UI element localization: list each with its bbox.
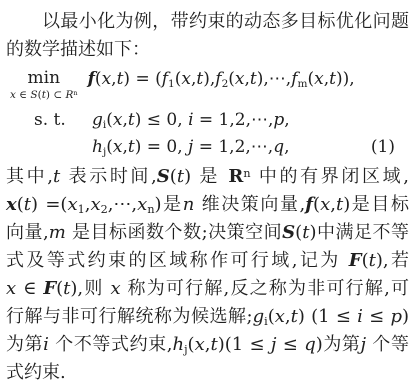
document-page: 以最小化为例，带约束的动态多目标优化问题 的数学描述如下： min x ∈ S(…: [0, 0, 415, 385]
intro-line: 的数学描述如下：: [6, 36, 409, 64]
body-line: x(t) =(x1,x2,⋯,xn)是n 维决策向量,f(x,t)是目标: [6, 191, 409, 219]
body-line: 其中,t 表示时间,S(t) 是 Rn 中的有界闭区域,: [6, 163, 409, 191]
objective-function: f(x,t) = (f1(x,t),f2(x,t),⋯,fm(x,t)),: [88, 67, 355, 91]
equality-constraint: hj(x,t) = 0, j = 1,2,⋯,q,: [92, 134, 290, 161]
subject-to-label: s. t.: [34, 107, 92, 134]
equation-block: min x ∈ S(t) ⊂ Rn f(x,t) = (f1(x,t),f2(x…: [6, 67, 409, 161]
intro-paragraph: 以最小化为例，带约束的动态多目标优化问题 的数学描述如下：: [6, 8, 409, 64]
inequality-constraint-row: s. t. gi(x,t) ≤ 0, i = 1,2,⋯,p,: [34, 107, 409, 134]
body-line: 式及等式约束的区域称作可行域,记为 F(t),若: [6, 247, 409, 275]
objective-row: min x ∈ S(t) ⊂ Rn f(x,t) = (f1(x,t),f2(x…: [10, 67, 409, 107]
inequality-constraint: gi(x,t) ≤ 0, i = 1,2,⋯,p,: [92, 107, 290, 134]
body-line: 向量,m 是目标函数个数;决策空间S(t)中满足不等: [6, 219, 409, 247]
min-operator-subscript: x ∈ S(t) ⊂ Rn: [10, 89, 78, 101]
intro-line: 以最小化为例，带约束的动态多目标优化问题: [6, 8, 409, 36]
body-line: 行解与非可行解统称为候选解;gi(x,t) (1 ≤ i ≤ p): [6, 303, 409, 331]
body-line: x ∈ F(t),则 x 称为可行解,反之称为非可行解,可: [6, 275, 409, 303]
explanation-paragraph: 其中,t 表示时间,S(t) 是 Rn 中的有界闭区域,x(t) =(x1,x2…: [6, 163, 409, 385]
equation-number: (1): [371, 134, 395, 161]
min-operator-block: min x ∈ S(t) ⊂ Rn: [10, 67, 78, 101]
body-line: 为第i 个不等式约束,hj(x,t)(1 ≤ j ≤ q)为第j 个等: [6, 331, 409, 359]
min-operator: min: [28, 67, 61, 89]
equality-constraint-row: hj(x,t) = 0, j = 1,2,⋯,q, (1): [92, 134, 409, 161]
body-line: 式约束.: [6, 359, 409, 385]
